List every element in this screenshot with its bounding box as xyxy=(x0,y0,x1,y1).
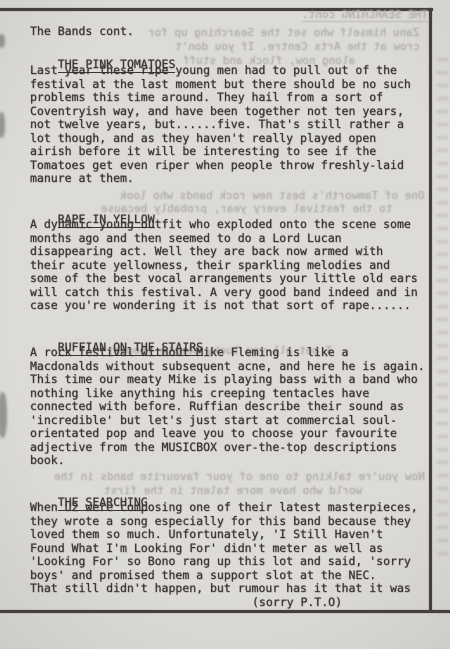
page-border-right xyxy=(429,8,432,612)
photocopy-edge-mark xyxy=(0,112,5,138)
right-margin-bleed-smudge xyxy=(437,58,448,558)
page-border-bottom xyxy=(0,610,450,613)
fanzine-page: THE SEARCHING cont. Zanu himself who set… xyxy=(0,0,450,649)
photocopy-edge-mark xyxy=(0,34,5,48)
photocopy-edge-mark xyxy=(0,392,7,438)
bleedthrough-text: One of Tamworth's best new rock bands wh… xyxy=(120,189,425,202)
section-text-ruffian-on-the-stairs: A rock festival without Mike Fleming is … xyxy=(30,346,425,468)
bleedthrough-text: Zanu himself who set the Searching up fo… xyxy=(148,26,420,39)
section-text-the-searching: When U2 were composing one of their late… xyxy=(30,501,418,596)
bleedthrough-text: crow at the Arts Centre. If you don't xyxy=(175,40,420,53)
section-text-rape-in-yellow: A dynamic young outfit who exploded onto… xyxy=(30,218,418,313)
page-title: The Bands cont. xyxy=(30,25,134,39)
section-text-the-pink-tomatoes: Last year these ripe young men had to pu… xyxy=(30,64,411,186)
pto-note: (sorry P.T.O) xyxy=(252,596,342,610)
bleedthrough-text: THE SEARCHING cont. xyxy=(302,8,428,22)
